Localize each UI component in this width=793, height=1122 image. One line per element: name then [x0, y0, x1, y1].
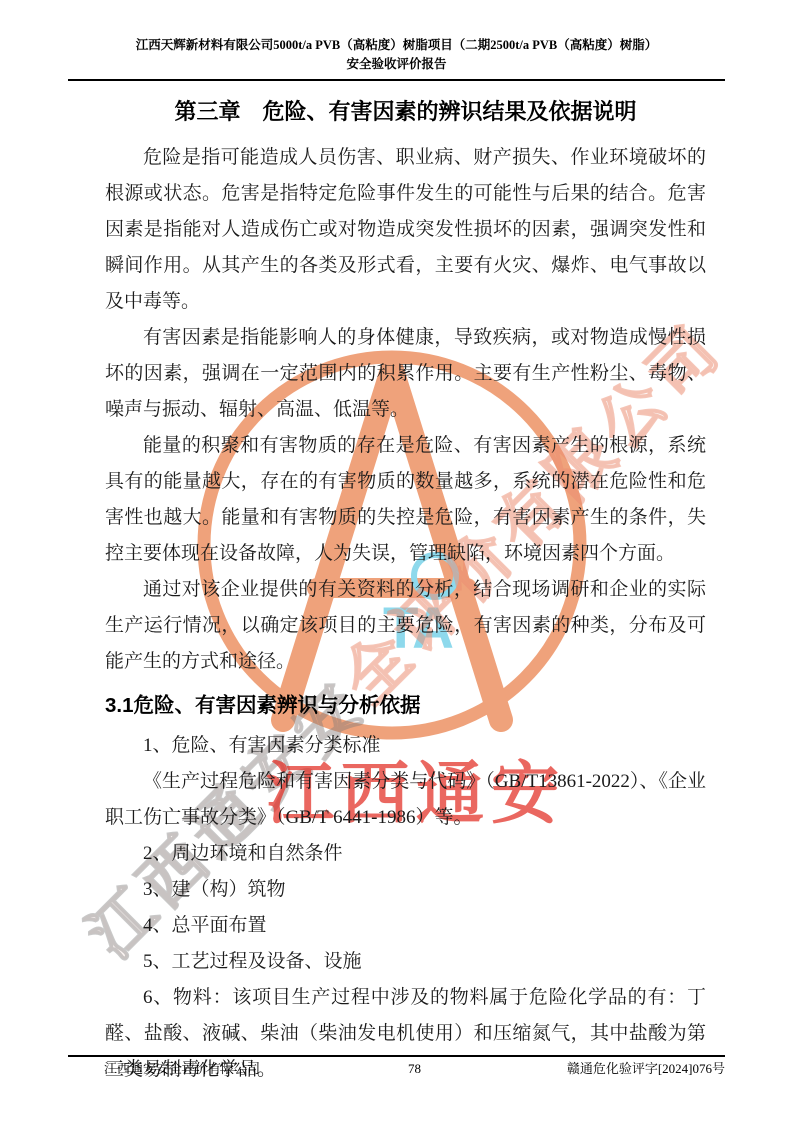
list-item: 《生产过程危险和有害因素分类与代码》（GB/T13861-2022）、《企业职工… — [105, 764, 706, 836]
document-page: 江西天辉新材料有限公司5000t/a PVB（高粘度）树脂项目（二期2500t/… — [0, 0, 793, 1122]
footer-company-name: 江西通安安全评价有限公司 — [68, 1060, 385, 1077]
list-item: 3、建（构）筑物 — [105, 872, 706, 908]
list-item: 5、工艺过程及设备、设施 — [105, 944, 706, 980]
list-item: 1、危险、有害因素分类标准 — [105, 728, 706, 764]
page-footer: 江西通安安全评价有限公司 78 赣通危化验评字[2024]076号 — [68, 1055, 725, 1077]
list-item: 2、周边环境和自然条件 — [105, 836, 706, 872]
footer-doc-number: 赣通危化验评字[2024]076号 — [445, 1060, 726, 1077]
page-header: 江西天辉新材料有限公司5000t/a PVB（高粘度）树脂项目（二期2500t/… — [68, 36, 725, 81]
header-title-line2: 安全验收评价报告 — [68, 55, 725, 74]
paragraph: 能量的积聚和有害物质的存在是危险、有害因素产生的根源，系统具有的能量越大，存在的… — [105, 428, 706, 572]
paragraph: 通过对该企业提供的有关资料的分析，结合现场调研和企业的实际生产运行情况，以确定该… — [105, 572, 706, 680]
footer-page-number: 78 — [385, 1060, 445, 1077]
header-title-line1: 江西天辉新材料有限公司5000t/a PVB（高粘度）树脂项目（二期2500t/… — [68, 36, 725, 55]
paragraph: 有害因素是指能影响人的身体健康，导致疾病，或对物造成慢性损坏的因素，强调在一定范… — [105, 320, 706, 428]
paragraph: 危险是指可能造成人员伤害、职业病、财产损失、作业环境破坏的根源或状态。危害是指特… — [105, 140, 706, 320]
list-item: 4、总平面布置 — [105, 908, 706, 944]
chapter-title: 第三章 危险、有害因素的辨识结果及依据说明 — [105, 96, 706, 128]
page-content: 第三章 危险、有害因素的辨识结果及依据说明 危险是指可能造成人员伤害、职业病、财… — [105, 90, 706, 1088]
section-heading-3-1: 3.1危险、有害因素辨识与分析依据 — [105, 691, 706, 721]
